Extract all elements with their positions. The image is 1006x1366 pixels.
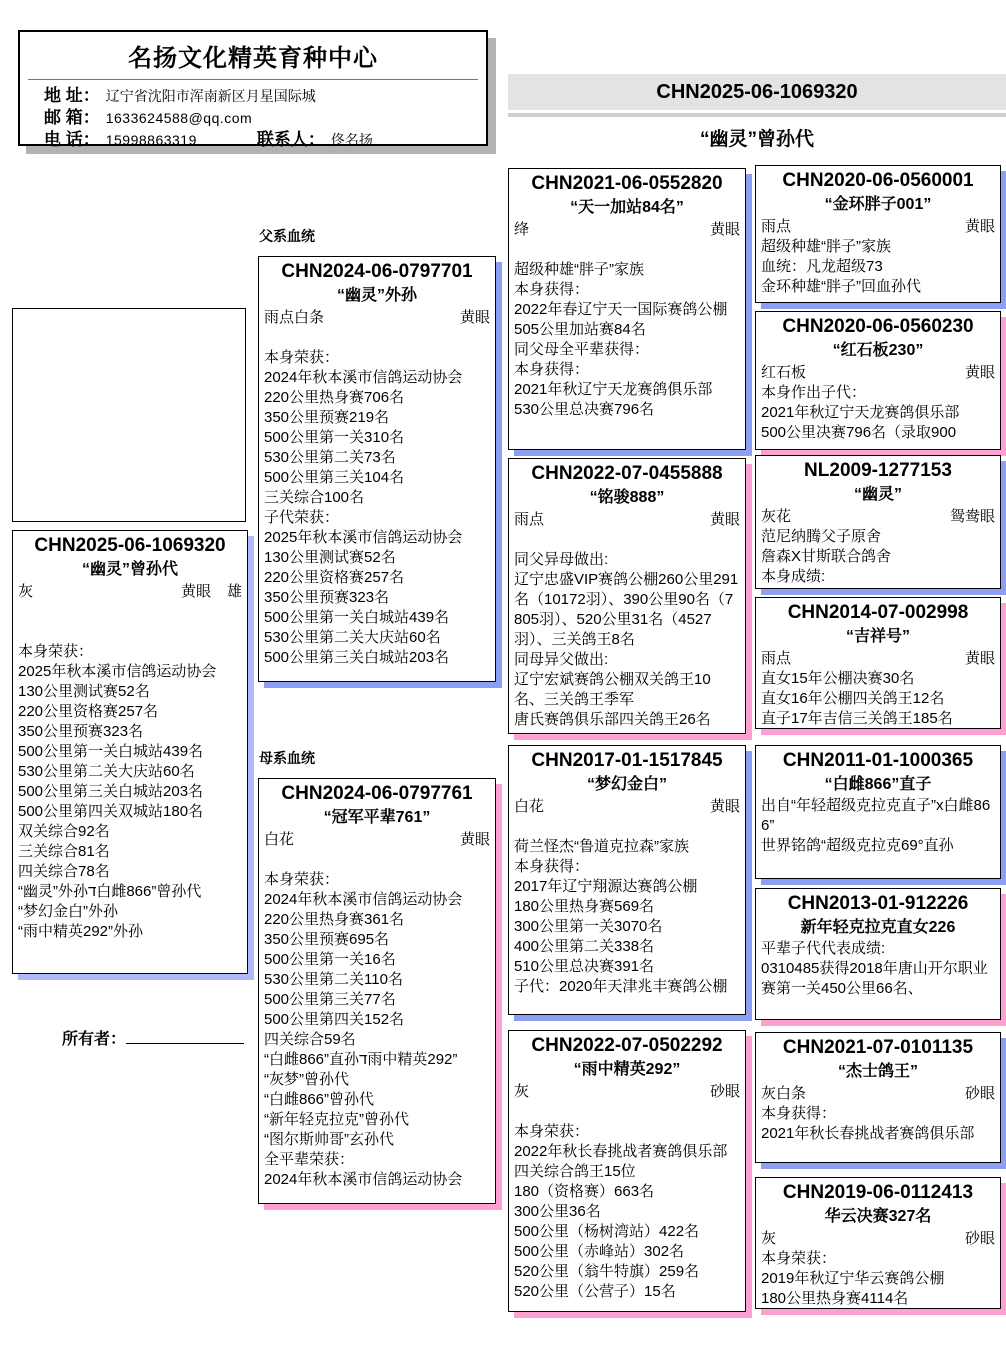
- pedigree-box-mother: CHN2024-06-0797761 “冠军平辈761” 白花 黄眼 本身荣获：…: [258, 778, 496, 1204]
- achievement-line: 350公里预赛695名: [264, 930, 490, 950]
- bird-traits-row: 雨点白条 黄眼: [264, 307, 490, 328]
- achievement-line: [264, 850, 490, 870]
- pedigree-box-ggp-1: CHN2020-06-0560001 “金环胖子001” 雨点 黄眼 超级种雄“…: [755, 165, 1001, 303]
- achievement-line: 530公里第二关大庆站60名: [18, 762, 242, 782]
- bird-eye: 黄眼: [965, 650, 995, 667]
- ring-number: CHN2022-07-0502292: [514, 1034, 740, 1058]
- bird-eye: 黄眼: [710, 511, 740, 528]
- achievement-lines: 本身荣获：2025年秋本溪市信鸽运动协会130公里测试赛52名220公里资格赛2…: [18, 602, 242, 942]
- owner-label: 所有者：: [62, 1031, 126, 1048]
- ring-number: CHN2020-06-0560001: [761, 169, 995, 193]
- achievement-line: 2024年秋本溪市信鸽运动协会: [264, 890, 490, 910]
- achievement-line: 350公里预赛323名: [264, 588, 490, 608]
- achievement-line: 同母异父做出:: [514, 650, 740, 670]
- achievement-line: 500公里第四关152名: [264, 1010, 490, 1030]
- bird-traits-row: 红石板 黄眼: [761, 362, 995, 383]
- bird-traits-row: 雨点 黄眼: [761, 216, 995, 237]
- achievement-lines: 荷兰怪杰“鲁道克拉森”家族本身获得：2017年辽宁翔源达赛鸽公棚180公里热身赛…: [514, 817, 740, 997]
- bird-eye: 黄眼: [965, 364, 995, 381]
- achievement-line: [18, 622, 242, 642]
- ring-number: CHN2017-01-1517845: [514, 749, 740, 773]
- bird-traits-row: 灰 黄眼雄: [18, 581, 242, 602]
- achievement-line: 2021年秋长春挑战者赛鸽俱乐部: [761, 1124, 995, 1144]
- achievement-line: 350公里预赛323名: [18, 722, 242, 742]
- bird-name: “幽灵”外孙: [264, 284, 490, 307]
- achievement-line: [264, 328, 490, 348]
- pedigree-box-grandsire-maternal: CHN2017-01-1517845 “梦幻金白” 白花 黄眼 荷兰怪杰“鲁道克…: [508, 745, 746, 1015]
- achievement-line: 本身荣获：: [264, 870, 490, 890]
- pedigree-subtitle: “幽灵”曾孙代: [508, 124, 1006, 151]
- bird-eye: 鸳鸯眼: [950, 508, 995, 525]
- achievement-line: 400公里第二关338名: [514, 937, 740, 957]
- achievement-line: [514, 1102, 740, 1122]
- achievement-line: 505公里加站赛84名: [514, 320, 740, 340]
- ring-number: CHN2019-06-0112413: [761, 1181, 995, 1205]
- bird-color: 灰花: [761, 506, 791, 527]
- achievement-line: 2022年秋长春挑战者赛鸽俱乐部四关综合鸽王15位: [514, 1142, 740, 1182]
- achievement-line: 500公里（赤峰站）302名: [514, 1242, 740, 1262]
- achievement-lines: 平辈子代代表成绩:0310485获得2018年唐山开尔职业赛第一关450公里66…: [761, 939, 995, 999]
- achievement-line: 世界铭鸽“超级克拉克69°直孙: [761, 836, 995, 856]
- achievement-line: 本身获得：: [514, 360, 740, 380]
- achievement-line: 530公里第二关大庆站60名: [264, 628, 490, 648]
- bird-name: “金环胖子001”: [761, 193, 995, 216]
- achievement-line: 本身荣获：: [264, 348, 490, 368]
- achievement-line: 500公里（杨树湾站）422名: [514, 1222, 740, 1242]
- achievement-line: 520公里（翁牛特旗）259名: [514, 1262, 740, 1282]
- bird-traits-row: 灰白条 砂眼: [761, 1083, 995, 1104]
- bird-color: 红石板: [761, 362, 806, 383]
- bird-traits-row: 绛 黄眼: [514, 219, 740, 240]
- achievement-line: 血统：凡龙超级73: [761, 257, 995, 277]
- achievement-lines: 范尼纳腾父子原舍詹森X甘斯联合鸽舍本身成绩:: [761, 527, 995, 587]
- bird-name: “白雌866”直子: [761, 773, 995, 796]
- achievement-line: 500公里第三关104名: [264, 468, 490, 488]
- achievement-line: 220公里热身赛361名: [264, 910, 490, 930]
- company-email: 1633624588@qq.com: [106, 107, 252, 129]
- email-label: 邮 箱：: [44, 107, 100, 129]
- contact-name: 佟名扬: [331, 129, 373, 151]
- achievement-lines: 出自“年轻超级克拉克直子”x白雌866”世界铭鸽“超级克拉克69°直孙: [761, 796, 995, 856]
- achievement-line: 子代：2020年天津兆丰赛鸽公棚: [514, 977, 740, 997]
- achievement-line: 詹森X甘斯联合鸽舍: [761, 547, 995, 567]
- sire-line-label: 父系血统: [259, 226, 315, 246]
- ring-number: CHN2011-01-1000365: [761, 749, 995, 773]
- achievement-line: “图尔斯帅哥”玄孙代: [264, 1130, 490, 1150]
- achievement-line: 0310485获得2018年唐山开尔职业赛第一关450公里66名、: [761, 959, 995, 999]
- achievement-line: [514, 817, 740, 837]
- achievement-line: 本身荣获：: [761, 1249, 995, 1269]
- company-address: 辽宁省沈阳市浑南新区月星国际城: [106, 85, 316, 107]
- bird-color: 雨点: [761, 648, 791, 669]
- achievement-line: 300公里36名: [514, 1202, 740, 1222]
- achievement-line: 荷兰怪杰“鲁道克拉森”家族: [514, 837, 740, 857]
- achievement-line: 2024年秋本溪市信鸽运动协会: [264, 1170, 490, 1190]
- company-title: 名扬文化精英育种中心: [20, 32, 486, 73]
- achievement-line: 220公里资格赛257名: [264, 568, 490, 588]
- pedigree-box-granddam-maternal: CHN2022-07-0502292 “雨中精英292” 灰 砂眼 本身荣获：2…: [508, 1030, 746, 1312]
- achievement-line: “幽灵”外孙ד白雌866”曾孙代: [18, 882, 242, 902]
- pedigree-box-grandsire-paternal: CHN2021-06-0552820 “天一加站84名” 绛 黄眼 超级种雄“胖…: [508, 168, 746, 450]
- achievement-line: 直子17年吉信三关鸽王185名: [761, 709, 995, 729]
- bird-color: 绛: [514, 219, 529, 240]
- achievement-line: 全平辈荣获：: [264, 1150, 490, 1170]
- achievement-line: 500公里第三关白城站203名: [264, 648, 490, 668]
- achievement-line: 双关综合92名: [18, 822, 242, 842]
- achievement-line: 范尼纳腾父子原舍: [761, 527, 995, 547]
- achievement-line: 本身获得：: [761, 1104, 995, 1124]
- achievement-line: 350公里预赛219名: [264, 408, 490, 428]
- achievement-line: 300公里第一关3070名: [514, 917, 740, 937]
- achievement-line: 直女15年公棚决赛30名: [761, 669, 995, 689]
- ring-number: NL2009-1277153: [761, 459, 995, 483]
- achievement-lines: 本身荣获：2022年秋长春挑战者赛鸽俱乐部四关综合鸽王15位180（资格赛）66…: [514, 1102, 740, 1302]
- achievement-line: 500公里第一关16名: [264, 950, 490, 970]
- ring-number: CHN2024-06-0797761: [264, 782, 490, 806]
- bird-traits-row: 白花 黄眼: [264, 829, 490, 850]
- bird-color: 灰: [18, 581, 33, 602]
- contact-label: 联系人：: [257, 129, 325, 151]
- pedigree-box-main-bird: CHN2025-06-1069320 “幽灵”曾孙代 灰 黄眼雄 本身荣获：20…: [12, 530, 248, 974]
- achievement-line: 本身获得：: [514, 280, 740, 300]
- achievement-line: 同父母全平辈获得：: [514, 340, 740, 360]
- dam-line-label: 母系血统: [259, 748, 315, 768]
- achievement-line: 三关综合81名: [18, 842, 242, 862]
- ring-number: CHN2025-06-1069320: [18, 534, 242, 558]
- achievement-line: 2024年秋本溪市信鸽运动协会: [264, 368, 490, 388]
- ring-number-banner: CHN2025-06-1069320: [508, 74, 1006, 110]
- achievement-line: “新年轻克拉克”曾孙代: [264, 1110, 490, 1130]
- achievement-lines: 超级种雄“胖子”家族血统：凡龙超级73金环种雄“胖子”回血孙代: [761, 237, 995, 297]
- bird-traits-row: 白花 黄眼: [514, 796, 740, 817]
- achievement-line: 530公里第二关110名: [264, 970, 490, 990]
- achievement-line: [18, 602, 242, 622]
- achievement-line: 2025年秋本溪市信鸽运动协会: [264, 528, 490, 548]
- bird-name: 华云决赛327名: [761, 1205, 995, 1228]
- achievement-line: 本身荣获：: [514, 1122, 740, 1142]
- achievement-line: 130公里测试赛52名: [18, 682, 242, 702]
- bird-color: 雨点白条: [264, 307, 324, 328]
- bird-eye: 黄眼: [710, 221, 740, 238]
- bird-traits-row: 灰 砂眼: [761, 1228, 995, 1249]
- company-header-box: 名扬文化精英育种中心 地 址： 辽宁省沈阳市浑南新区月星国际城 邮 箱： 163…: [18, 30, 488, 146]
- achievement-line: 530公里总决赛796名: [514, 400, 740, 420]
- achievement-lines: 本身荣获：2024年秋本溪市信鸽运动协会220公里热身赛706名350公里预赛2…: [264, 328, 490, 668]
- bird-name: “雨中精英292”: [514, 1058, 740, 1081]
- achievement-lines: 超级种雄“胖子”家族本身获得：2022年春辽宁天一国际赛鸽公棚505公里加站赛8…: [514, 240, 740, 420]
- bird-eye: 砂眼: [965, 1085, 995, 1102]
- achievement-line: 子代荣获：: [264, 508, 490, 528]
- achievement-line: “白雌866”直孙ד雨中精英292”: [264, 1050, 490, 1070]
- pedigree-box-granddam-paternal: CHN2022-07-0455888 “铭骏888” 雨点 黄眼 同父异母做出:…: [508, 458, 746, 734]
- achievement-line: 500公里第三关77名: [264, 990, 490, 1010]
- ring-number: CHN2021-07-0101135: [761, 1036, 995, 1060]
- bird-eye: 黄眼: [460, 831, 490, 848]
- bird-eye: 砂眼: [965, 1230, 995, 1247]
- achievement-lines: 本身获得：2021年秋长春挑战者赛鸽俱乐部: [761, 1104, 995, 1144]
- achievement-lines: 直女15年公棚决赛30名直女16年公棚四关鸽王12名直子17年吉信三关鸽王185…: [761, 669, 995, 729]
- achievement-line: 直女16年公棚四关鸽王12名: [761, 689, 995, 709]
- achievement-line: 2022年春辽宁天一国际赛鸽公棚: [514, 300, 740, 320]
- achievement-line: 金环种雄“胖子”回血孙代: [761, 277, 995, 297]
- achievement-line: 四关综合59名: [264, 1030, 490, 1050]
- bird-color: 灰白条: [761, 1083, 806, 1104]
- bird-name: “幽灵”: [761, 483, 995, 506]
- achievement-line: 520公里（公营子）15名: [514, 1282, 740, 1302]
- achievement-line: 三关综合100名: [264, 488, 490, 508]
- achievement-line: 2021年秋辽宁天龙赛鸽俱乐部: [514, 380, 740, 400]
- bird-eye: 黄眼: [965, 218, 995, 235]
- achievement-line: 2021年秋辽宁天龙赛鸽俱乐部: [761, 403, 995, 423]
- achievement-line: 2019年秋辽宁华云赛鸽公棚: [761, 1269, 995, 1289]
- bird-name: “天一加站84名”: [514, 196, 740, 219]
- bird-traits-row: 灰 砂眼: [514, 1081, 740, 1102]
- achievement-line: 500公里第一关白城站439名: [264, 608, 490, 628]
- achievement-line: 500公里决赛796名（录取900: [761, 423, 995, 443]
- achievement-line: 180公里热身赛569名: [514, 897, 740, 917]
- bird-eye: 黄眼: [710, 798, 740, 815]
- achievement-line: 180公里热身赛4114名: [761, 1289, 995, 1309]
- ring-number: CHN2013-01-912226: [761, 892, 995, 916]
- bird-color: 雨点: [514, 509, 544, 530]
- address-label: 地 址：: [44, 85, 100, 107]
- achievement-line: 530公里第二关73名: [264, 448, 490, 468]
- ring-number: CHN2021-06-0552820: [514, 172, 740, 196]
- achievement-line: 辽宁宏斌赛鸽公棚双关鸽王10名、三关鸽王季军: [514, 670, 740, 710]
- ring-number: CHN2014-07-002998: [761, 601, 995, 625]
- bird-eye: 黄眼: [181, 583, 211, 600]
- achievement-line: 本身作出子代：: [761, 383, 995, 403]
- pedigree-box-ggp-4: CHN2014-07-002998 “吉祥号” 雨点 黄眼 直女15年公棚决赛3…: [755, 597, 1001, 729]
- ring-number: CHN2020-06-0560230: [761, 315, 995, 339]
- achievement-lines: 本身荣获：2024年秋本溪市信鸽运动协会220公里热身赛361名350公里预赛6…: [264, 850, 490, 1190]
- achievement-line: 本身荣获：: [18, 642, 242, 662]
- owner-signature-line: [126, 1029, 244, 1044]
- bird-name: “杰士鸽王”: [761, 1060, 995, 1083]
- achievement-line: 唐氏赛鸽俱乐部四关鸽王26名: [514, 710, 740, 730]
- achievement-line: “雨中精英292”外孙: [18, 922, 242, 942]
- achievement-line: 500公里第四关双城站180名: [18, 802, 242, 822]
- bird-name: “吉祥号”: [761, 625, 995, 648]
- achievement-line: 220公里资格赛257名: [18, 702, 242, 722]
- pedigree-box-father: CHN2024-06-0797701 “幽灵”外孙 雨点白条 黄眼 本身荣获：2…: [258, 256, 496, 682]
- achievement-line: 出自“年轻超级克拉克直子”x白雌866”: [761, 796, 995, 836]
- ring-number: CHN2024-06-0797701: [264, 260, 490, 284]
- achievement-line: 本身成绩:: [761, 567, 995, 587]
- photo-placeholder: [12, 308, 246, 522]
- achievement-line: “梦幻金白”外孙: [18, 902, 242, 922]
- achievement-line: 2025年秋本溪市信鸽运动协会: [18, 662, 242, 682]
- ring-number: CHN2022-07-0455888: [514, 462, 740, 486]
- company-phone: 15998863319: [106, 129, 197, 151]
- pedigree-box-ggp-7: CHN2021-07-0101135 “杰士鸽王” 灰白条 砂眼 本身获得：20…: [755, 1032, 1001, 1163]
- achievement-line: 500公里第一关310名: [264, 428, 490, 448]
- bird-name: “冠军平辈761”: [264, 806, 490, 829]
- bird-color: 雨点: [761, 216, 791, 237]
- banner-underline: [508, 113, 1006, 117]
- achievement-line: 220公里热身赛706名: [264, 388, 490, 408]
- achievement-line: 2017年辽宁翔源达赛鸽公棚: [514, 877, 740, 897]
- bird-traits-row: 雨点 黄眼: [761, 648, 995, 669]
- achievement-lines: 本身荣获：2019年秋辽宁华云赛鸽公棚180公里热身赛4114名: [761, 1249, 995, 1309]
- achievement-line: [514, 530, 740, 550]
- bird-name: “铭骏888”: [514, 486, 740, 509]
- achievement-line: 510公里总决赛391名: [514, 957, 740, 977]
- achievement-lines: 本身作出子代：2021年秋辽宁天龙赛鸽俱乐部500公里决赛796名（录取900: [761, 383, 995, 443]
- achievement-line: 500公里第一关白城站439名: [18, 742, 242, 762]
- bird-color: 白花: [514, 796, 544, 817]
- bird-traits-row: 灰花 鸳鸯眼: [761, 506, 995, 527]
- achievement-line: 四关综合78名: [18, 862, 242, 882]
- bird-eye: 砂眼: [710, 1083, 740, 1100]
- achievement-line: “白雌866”曾孙代: [264, 1090, 490, 1110]
- achievement-line: 130公里测试赛52名: [264, 548, 490, 568]
- achievement-line: 本身获得：: [514, 857, 740, 877]
- achievement-line: 180（资格赛）663名: [514, 1182, 740, 1202]
- achievement-lines: 同父异母做出:辽宁忠盛VIP赛鸽公棚260公里291名（10172羽）、390公…: [514, 530, 740, 730]
- pedigree-box-ggp-5: CHN2011-01-1000365 “白雌866”直子 出自“年轻超级克拉克直…: [755, 745, 1001, 879]
- pedigree-box-ggp-6: CHN2013-01-912226 新年轻克拉克直女226 平辈子代代表成绩:0…: [755, 888, 1001, 1020]
- bird-color: 灰: [761, 1228, 776, 1249]
- bird-color: 白花: [264, 829, 294, 850]
- bird-traits-row: 雨点 黄眼: [514, 509, 740, 530]
- bird-name: “红石板230”: [761, 339, 995, 362]
- achievement-line: 超级种雄“胖子”家族: [514, 260, 740, 280]
- achievement-line: 超级种雄“胖子”家族: [761, 237, 995, 257]
- achievement-line: “灰梦”曾孙代: [264, 1070, 490, 1090]
- achievement-line: 平辈子代代表成绩:: [761, 939, 995, 959]
- phone-label: 电 话：: [44, 129, 100, 151]
- bird-name: 新年轻克拉克直女226: [761, 916, 995, 939]
- bird-eye: 黄眼: [460, 309, 490, 326]
- bird-sex: 雄: [227, 583, 242, 600]
- achievement-line: 同父异母做出:: [514, 550, 740, 570]
- header-divider: [28, 79, 478, 80]
- bird-color: 灰: [514, 1081, 529, 1102]
- achievement-line: 辽宁忠盛VIP赛鸽公棚260公里291名（10172羽）、390公里90名（78…: [514, 570, 740, 650]
- pedigree-box-ggp-8: CHN2019-06-0112413 华云决赛327名 灰 砂眼 本身荣获：20…: [755, 1177, 1001, 1309]
- owner-row: 所有者：: [62, 1026, 244, 1049]
- pedigree-box-ggp-2: CHN2020-06-0560230 “红石板230” 红石板 黄眼 本身作出子…: [755, 311, 1001, 450]
- achievement-line: [514, 240, 740, 260]
- achievement-line: 500公里第三关白城站203名: [18, 782, 242, 802]
- bird-name: “幽灵”曾孙代: [18, 558, 242, 581]
- bird-name: “梦幻金白”: [514, 773, 740, 796]
- pedigree-box-ggp-3: NL2009-1277153 “幽灵” 灰花 鸳鸯眼 范尼纳腾父子原舍詹森X甘斯…: [755, 455, 1001, 589]
